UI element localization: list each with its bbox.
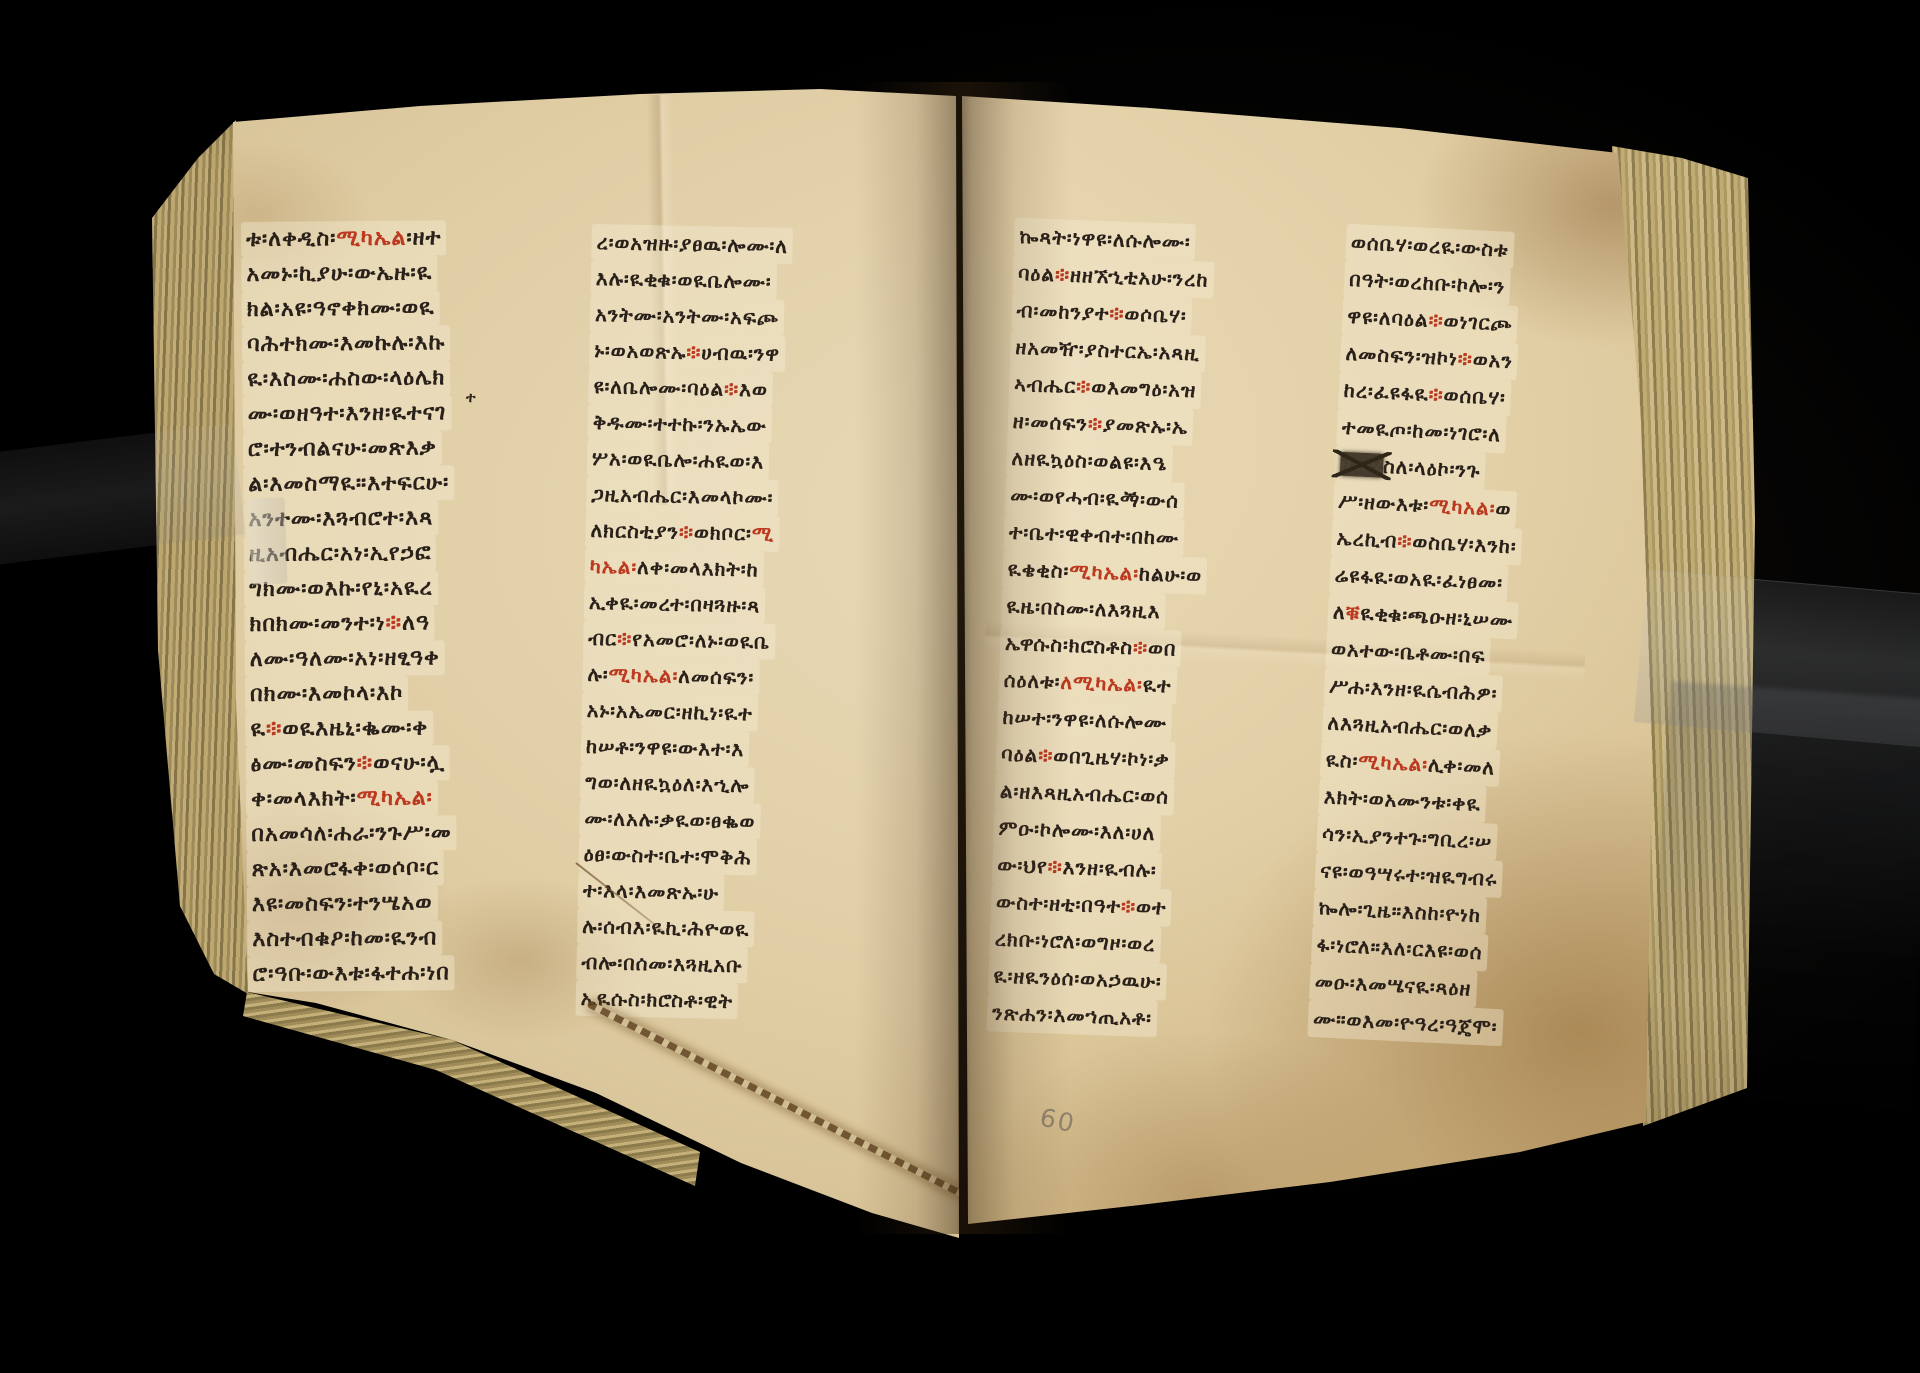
text-run: ኑ፡ወአወጽኡ bbox=[594, 338, 687, 364]
text-run: ኢቀዪ፡መረተ፡በዛጓዙ፡ጻ bbox=[589, 590, 761, 618]
text-run: ያመጽኡ፡ኤ bbox=[1103, 412, 1189, 439]
text-run: ወሰቤሃ፡ bbox=[1443, 383, 1506, 410]
rubric-text-run: ሚካኤል፡ bbox=[357, 785, 433, 811]
text-line: ሙ፡ለአሉ፡ቃዪወ፡ፀቈወ bbox=[579, 800, 761, 840]
text-run: ቅዱሙ፡ተተኩ፡ንኡኤው bbox=[593, 410, 767, 438]
text-run: ቱ፡ለቀዲስ፡ bbox=[246, 226, 336, 252]
text-line: ፅሙ፡መስፍን፨ወናሁ፡ሏ bbox=[246, 745, 451, 782]
text-line: ብሎ፡በሰመ፡እጓዚአቡ bbox=[576, 944, 748, 984]
text-run: እሉ፡ዪቂቁ፡ወዪቤሎሙ፡ bbox=[596, 266, 772, 294]
text-run: ወክቦር፡ bbox=[694, 520, 752, 545]
text-line: ል፡እመስማዪ።እተፍርሁ፡ bbox=[243, 465, 454, 502]
text-run: አመኑ፡ኪያሁ፡ውኤዙ፡ዪ bbox=[246, 260, 432, 287]
rubric-text-run: ሚካኤል፡ bbox=[608, 662, 678, 687]
text-run: ባሕተክሙ፡እመኩሉ፡እኩ bbox=[247, 330, 445, 357]
text-line: ከረ፡ፈዩፋዪ፨ወሰቤሃ፡ bbox=[1338, 372, 1512, 417]
text-run: ወሰቤሃ፡ወረዪ፡ውስቱ bbox=[1351, 230, 1510, 262]
rubric-text-run: ፨ bbox=[1457, 346, 1473, 371]
text-run: ዪስ፡ bbox=[1325, 747, 1359, 773]
text-run: ሦአ፡ወዪቤሎ፡ሐዪወ፡እ bbox=[592, 446, 765, 474]
text-line: ክበክሙ፡መንተ፡ነ፨ለዓ bbox=[244, 605, 435, 642]
text-run: ወበ bbox=[1148, 636, 1177, 661]
text-run: ብር bbox=[588, 626, 617, 651]
text-line: በአመሳለ፡ሐራ፡ንጉሥ፡መ bbox=[246, 815, 457, 852]
text-run: ወ bbox=[1495, 496, 1512, 521]
text-line: ዩ፡ለቤሎሙ፡ባዕል፨እወ bbox=[588, 368, 773, 408]
text-line: እስተብቁዖ፡ከመ፡ዪንብ bbox=[247, 920, 442, 957]
text-line: ዪ፡እስሙ፡ሐስው፡ላዕሌክ bbox=[242, 360, 450, 397]
text-run: እንዘ፡ዪብሉ፡ bbox=[1062, 855, 1157, 882]
parchment-crack bbox=[575, 862, 664, 933]
rubric-text-run: ሚካአል፡ bbox=[1429, 493, 1496, 520]
text-run: ዪ bbox=[250, 717, 266, 742]
text-line: ለቑዪቂቁ፡ጫዑዘ፡ኒሠሙ bbox=[1327, 593, 1519, 639]
rubric-text-run: ካኤል፡ bbox=[590, 554, 638, 579]
rubric-text-run: ለሚካኤል፡ bbox=[1060, 670, 1143, 697]
text-run: እስተብቁዖ፡ከመ፡ዪንብ bbox=[252, 925, 437, 952]
text-run: እወ bbox=[739, 377, 768, 402]
rubric-text-run: ሚ bbox=[752, 521, 775, 545]
text-line: በክሙ፡እመኮላ፡እኮ bbox=[245, 676, 409, 712]
left-page-column-1: ቱ፡ለቀዲስ፡ሚካኤል፡ዘተአመኑ፡ኪያሁ፡ውኤዙ፡ዪክል፡አዩ፡ዓኖቀክሙ፡ወ… bbox=[246, 219, 598, 992]
text-run: ለመሰፍን፡ bbox=[678, 664, 754, 690]
text-line: አኑ፡አኤመር፡ዘኪነ፡ዪተ bbox=[581, 692, 758, 732]
text-run: ዩ፡ለቤሎሙ፡ባዕል bbox=[593, 374, 724, 401]
text-line: ዋዩ፡ለባዕል፨ወነገርጮ bbox=[1342, 298, 1519, 344]
text-run: ለዓ bbox=[402, 610, 430, 635]
text-run: ክበክሙ፡መንተ፡ነ bbox=[249, 611, 385, 637]
text-run: ሊቀ፡መለ bbox=[1427, 752, 1495, 779]
text-line: ከሠቶ፡ንዋዩ፡ውእተ፡እ bbox=[581, 728, 750, 768]
rubric-text-run: ፨ bbox=[724, 377, 740, 401]
text-run: እዩ፡መስፍን፡ተንሤአወ bbox=[252, 890, 433, 917]
text-run: ጋዚአብሔር፡እመላኮሙ፡ bbox=[591, 482, 774, 510]
text-run: ለእጓዚአብሔር፡ወለቃ bbox=[1327, 710, 1493, 742]
text-line: ቅዱሙ፡ተተኩ፡ንኡኤው bbox=[587, 404, 772, 444]
text-line: እዩ፡መስፍን፡ተንሤአወ bbox=[247, 885, 438, 922]
rubric-text-run: ፨ bbox=[679, 520, 695, 544]
text-line: ኑ፡ወአወጽኡ፨ሀብዉ፡ንዋ bbox=[589, 332, 785, 372]
text-line: ዪስ፡ሚካኤል፡ሊቀ፡መለ bbox=[1320, 741, 1501, 787]
text-line: ናዩ፡ወዓሣሩተ፡ዝዪግብሩ bbox=[1314, 852, 1503, 898]
text-run: ዪተ bbox=[1142, 673, 1171, 698]
wrinkle-crease bbox=[985, 620, 1586, 681]
text-run: አኑ፡አኤመር፡ዘኪነ፡ዪተ bbox=[587, 698, 753, 725]
text-run: ሙ፡ለአሉ፡ቃዪወ፡ፀቈወ bbox=[584, 806, 755, 834]
text-line: ብር፨የአመሮ፡ለኑ፡ወዪቤ bbox=[583, 620, 776, 660]
text-run: ዋዩ፡ለባዕል bbox=[1347, 304, 1429, 332]
text-run: ከረ፡ፈዩፋዪ bbox=[1343, 378, 1429, 406]
text-line: ሥ፡ዘውእቱ፡ሚካአል፡ወ bbox=[1333, 482, 1518, 528]
text-line: አመኑ፡ኪያሁ፡ውኤዙ፡ዪ bbox=[241, 255, 437, 292]
text-run: ተመዪጦ፡ከመ፡ነገሮ፡ለ bbox=[1341, 415, 1501, 447]
text-line: ዘመሄስለ፡ላዕኮ፡ንጉ bbox=[1334, 445, 1486, 489]
text-line: ፋ፡ነሮለ።እለ፡ርእዩ፡ወሰ bbox=[1311, 926, 1489, 972]
text-run: ወአተው፡ቤቶሙ፡በፍ bbox=[1331, 637, 1486, 669]
text-line: ተመዪጦ፡ከመ፡ነገሮ፡ለ bbox=[1336, 409, 1507, 454]
text-line: ካኤል፡ለቀ፡መላእክት፡ከ bbox=[584, 548, 764, 588]
text-line: አንትሙ፡አንትሙ፡አፍጮ bbox=[590, 296, 785, 336]
text-run: ወእመግዕ፡አዝ bbox=[1091, 375, 1197, 403]
text-line: ክል፡አዩ፡ዓኖቀክሙ፡ወዪ bbox=[242, 290, 440, 327]
text-line: ጋዚአብሔር፡እመላኮሙ፡ bbox=[586, 476, 779, 516]
text-line: ኰሎ፡ጊዜ።እስከ፡ዮነከ bbox=[1313, 889, 1487, 934]
text-run: ብሎ፡በሰመ፡እጓዚአቡ bbox=[581, 950, 742, 977]
text-run: ከልሁ፡ወ bbox=[1139, 561, 1203, 587]
text-line: ሮ፡ተንብልናሁ፡መጽእቃ bbox=[243, 430, 442, 467]
text-run: ጽአ፡እመሮፋቀ፡ወሶቦ፡ር bbox=[252, 855, 440, 882]
text-run: ወስቤሃ፡እንከ፡ bbox=[1412, 529, 1517, 558]
text-line: ተ፡እላ፡እመጽኡ፡ሁ bbox=[578, 872, 725, 911]
rubric-text-run: ፨ bbox=[1121, 894, 1137, 919]
text-run: ለ bbox=[1332, 600, 1346, 625]
fold-crease bbox=[646, 95, 679, 505]
rubric-text-run: ፨ bbox=[357, 751, 374, 776]
text-run: ኤዪሱስ፡ክሮስቶ፡ዊት bbox=[581, 986, 734, 1013]
rubric-text-run: ሚካኤል፡ bbox=[1069, 559, 1140, 585]
text-run: በክሙ፡እመኮላ፡እኮ bbox=[250, 681, 403, 707]
text-line: በዓት፡ወረከቡ፡ኮሎ፡ን bbox=[1343, 261, 1511, 306]
text-line: ጽአ፡እመሮፋቀ፡ወሶቦ፡ር bbox=[246, 850, 444, 887]
text-line: ሥሐ፡እንዘ፡ዪሴብሕዎ፡ bbox=[1324, 667, 1504, 713]
rubric-text-run: ፨ bbox=[617, 627, 633, 651]
rubric-text-run: ፨ bbox=[1109, 301, 1125, 326]
translucent-strap-left bbox=[0, 423, 246, 565]
left-page-column-2: ረ፡ወአዝዙ፡ያፀዉ፡ሎሙ፡ለእሉ፡ዪቂቁ፡ወዪቤሎሙ፡አንትሙ፡አንትሙ፡አፍ… bbox=[580, 224, 897, 1022]
text-run: ናዩ፡ወዓሣሩተ፡ዝዪግብሩ bbox=[1320, 858, 1498, 891]
strap-shadow-right bbox=[1641, 681, 1920, 1139]
text-line: ዪ፨ወዪእዜኒ፡ቈሙ፡ቀ bbox=[245, 710, 433, 747]
text-run: ከሠቶ፡ንዋዩ፡ውእተ፡እ bbox=[586, 734, 745, 761]
rubric-text-run: ፨ bbox=[1428, 308, 1444, 333]
text-line: ሮ፡ዓቡ፡ውእቱ፡ፋተሐ፡ነበ bbox=[247, 955, 455, 992]
text-run: ሙ።ወእመ፡ዮዓረ፡ዓጄሞ፡ bbox=[1313, 1006, 1498, 1039]
text-line: ወአተው፡ቤቶሙ፡በፍ bbox=[1325, 630, 1491, 675]
text-run: ሥሐ፡እንዘ፡ዪሴብሕዎ፡ bbox=[1329, 673, 1498, 705]
text-line: ለመስፍን፡ዝኮነ፨ወአን bbox=[1340, 335, 1519, 381]
rubric-text-run: ፨ bbox=[1133, 635, 1149, 660]
text-run: ወዪእዜኒ፡ቈሙ፡ቀ bbox=[282, 715, 428, 741]
text-run: ሳን፡ኢያንተጉ፡ግቢረ፡ሠ bbox=[1322, 821, 1493, 853]
text-line: ቱ፡ለቀዲስ፡ሚካኤል፡ዘተ bbox=[241, 220, 447, 257]
text-line: ሬዩፋዪ፡ወአዪ፡ፈነፀመ፡ bbox=[1329, 556, 1509, 602]
text-run: መዑ፡እመሤናዪ፡ጻዕዘ bbox=[1314, 969, 1472, 1001]
text-run: ሮ፡ተንብልናሁ፡መጽእቃ bbox=[248, 435, 437, 462]
rubric-text-run: ሚካኤል bbox=[336, 226, 406, 252]
rubric-text-run: ቑ bbox=[1345, 600, 1361, 625]
text-run: እክት፡ወአሙንቱ፡ቀዪ bbox=[1323, 784, 1481, 816]
rubric-text-run: ፨ bbox=[1076, 374, 1092, 399]
text-line: ሙ።ወእመ፡ዮዓረ፡ዓጄሞ፡ bbox=[1307, 1000, 1503, 1046]
rubric-text-run: ፨ bbox=[1397, 529, 1413, 554]
text-run: ረ፡ወአዝዙ፡ያፀዉ፡ሎሙ፡ለ bbox=[596, 230, 788, 258]
rubric-text-run: ሚካኤል፡ bbox=[1358, 749, 1429, 776]
text-line: እክት፡ወአሙንቱ፡ቀዪ bbox=[1318, 778, 1486, 823]
text-run: በአመሳለ፡ሐራ፡ንጉሥ፡መ bbox=[251, 820, 452, 847]
text-run: የአመሮ፡ለኑ፡ወዪቤ bbox=[632, 627, 770, 654]
right-page-column-2: ወሰቤሃ፡ወረዪ፡ውስቱበዓት፡ወረከቡ፡ኮሎ፡ንዋዩ፡ለባዕል፨ወነገርጮለመ… bbox=[1312, 224, 1641, 1051]
text-run: ፋ፡ነሮለ።እለ፡ርእዩ፡ወሰ bbox=[1316, 932, 1483, 964]
text-run: ግወ፡ለዘዪኳዕለ፡እኂሎ bbox=[585, 770, 750, 797]
text-line: እሉ፡ዪቂቁ፡ወዪቤሎሙ፡ bbox=[590, 260, 776, 300]
text-run: ሬዩፋዪ፡ወአዪ፡ፈነፀመ፡ bbox=[1334, 563, 1503, 595]
text-run: ወሶቤሃ፡ bbox=[1124, 302, 1187, 328]
text-line: ባሕተክሙ፡እመኩሉ፡እኩ bbox=[242, 325, 451, 362]
rubric-text-run: ፨ bbox=[385, 611, 402, 636]
text-run: ል፡እመስማዪ።እተፍርሁ፡ bbox=[248, 470, 449, 497]
film-tab-left bbox=[249, 497, 288, 584]
interlinear-correction: ተ bbox=[466, 390, 475, 406]
text-run: ለክርስቲያን bbox=[590, 518, 679, 544]
text-run: ለመስፍን፡ዝኮነ bbox=[1345, 341, 1458, 370]
text-run: አንትሙ፡አንትሙ፡አፍጮ bbox=[595, 302, 779, 330]
text-run: ለቀ፡መላእክት፡ከ bbox=[637, 555, 759, 582]
rubric-text-run: ፨ bbox=[686, 340, 702, 364]
text-line: ሦአ፡ወዪቤሎ፡ሐዪወ፡እ bbox=[587, 440, 770, 480]
gutter-shadow bbox=[856, 82, 1070, 1234]
text-line: ቀ፡መላእክት፡ሚካኤል፡ bbox=[246, 780, 438, 817]
text-run: ዪቂቁ፡ጫዑዘ፡ኒሠሙ bbox=[1360, 601, 1514, 632]
text-run: ወአን bbox=[1472, 347, 1513, 373]
text-run: ወተ bbox=[1136, 894, 1167, 919]
text-line: ሉ፡ሰብእ፡ዪኪ፡ሕዮወዪ bbox=[577, 908, 755, 948]
text-run: በዓት፡ወረከቡ፡ኮሎ፡ን bbox=[1349, 267, 1506, 299]
text-line: ሳን፡ኢያንተጉ፡ግቢረ፡ሠ bbox=[1316, 815, 1498, 861]
text-run: ወበጊዜሃ፡ኮነ፡ቃ bbox=[1053, 743, 1170, 771]
text-run: ዕፀ፡ውስተ፡ቤተ፡ሞቅሕ bbox=[584, 842, 752, 870]
text-line: ኤረኪብ፨ወስቤሃ፡እንከ፡ bbox=[1331, 519, 1523, 565]
text-line: ግወ፡ለዘዪኳዕለ፡እኂሎ bbox=[580, 764, 755, 804]
text-run: ስለ፡ላዕኮ፡ንጉ bbox=[1383, 454, 1482, 483]
struck-out-text-run: ዘመሄ bbox=[1340, 452, 1384, 478]
text-run: ቀ፡መላእክት፡ bbox=[251, 786, 357, 812]
text-run: ወነገርጮ bbox=[1443, 309, 1513, 336]
text-run: ወናሁ፡ሏ bbox=[373, 750, 445, 776]
text-run: ተ፡እላ፡እመጽኡ፡ሁ bbox=[583, 878, 719, 905]
text-line: ኤዪሱስ፡ክሮስቶ፡ዊት bbox=[575, 980, 738, 1019]
text-run: ፡ዘተ bbox=[406, 225, 441, 250]
text-run: ኰሎ፡ጊዜ።እስከ፡ዮነከ bbox=[1318, 895, 1482, 927]
rubric-text-run: ፨ bbox=[1088, 412, 1104, 437]
text-run: ለሙ፡ዓለሙ፡አነ፡ዘፂዓቀ bbox=[250, 645, 440, 672]
text-line: ረ፡ወአዝዙ፡ያፀዉ፡ሎሙ፡ለ bbox=[591, 224, 793, 264]
text-line: ሉ፡ሚካኤል፡ለመሰፍን፡ bbox=[582, 656, 759, 696]
text-line: ዕፀ፡ውስተ፡ቤተ፡ሞቅሕ bbox=[578, 836, 757, 876]
text-run: ክል፡አዩ፡ዓኖቀክሙ፡ወዪ bbox=[247, 295, 435, 322]
text-run: ሙ፡ወዘዓተ፡እንዘ፡ዪተናገ bbox=[248, 400, 447, 427]
text-line: መዑ፡እመሤናዪ፡ጻዕዘ bbox=[1309, 963, 1477, 1008]
text-line: ሙ፡ወዘዓተ፡እንዘ፡ዪተናገ bbox=[243, 395, 452, 432]
rubric-text-run: ፨ bbox=[266, 717, 283, 742]
text-line: ለእጓዚአብሔር፡ወለቃ bbox=[1322, 704, 1499, 750]
text-line: ለሙ፡ዓለሙ፡አነ፡ዘፂዓቀ bbox=[245, 640, 445, 677]
text-line: ወሰቤሃ፡ወረዪ፡ውስቱ bbox=[1345, 224, 1514, 269]
text-run: ሮ፡ዓቡ፡ውእቱ፡ፋተሐ፡ነበ bbox=[252, 960, 449, 987]
text-line: ኢቀዪ፡መረተ፡በዛጓዙ፡ጻ bbox=[584, 584, 766, 624]
text-run: ሉ፡ሰብእ፡ዪኪ፡ሕዮወዪ bbox=[582, 914, 750, 941]
text-line: ለክርስቲያን፨ወክቦር፡ሚ bbox=[585, 512, 779, 552]
rubric-text-run: ፨ bbox=[1428, 382, 1444, 407]
text-run: ሥ፡ዘውእቱ፡ bbox=[1338, 489, 1430, 517]
text-run: ዘዘኧኂቲአሁ፡ንረከ bbox=[1070, 263, 1209, 292]
text-run: ሉ፡ bbox=[587, 662, 609, 686]
text-run: ፅሙ፡መስፍን bbox=[251, 751, 357, 777]
text-run: ሀብዉ፡ንዋ bbox=[701, 340, 780, 366]
text-run: ኤረኪብ bbox=[1336, 526, 1398, 553]
text-run: ዪ፡እስሙ፡ሐስው፡ላዕሌክ bbox=[247, 365, 445, 392]
